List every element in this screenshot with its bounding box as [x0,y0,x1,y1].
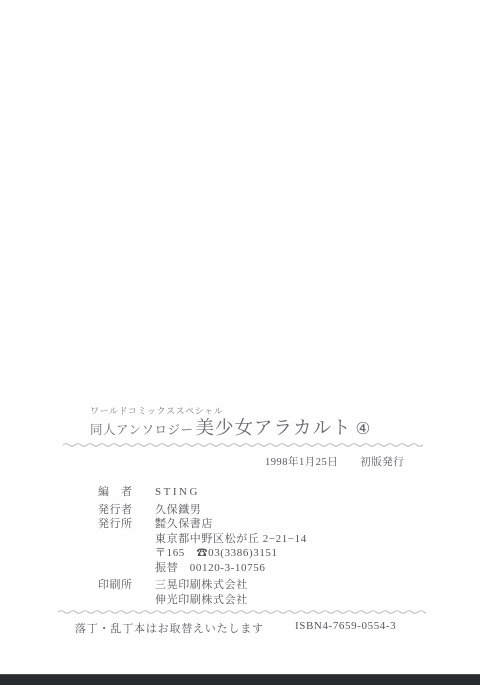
colophon-value: ㍿久保書店 [155,517,213,532]
wavy-divider-bottom [58,608,426,615]
scan-edge-bar [0,674,480,685]
colophon-page: { "book": { "series_label": "ワールドコミックススペ… [0,0,480,685]
book-title-main: 美少女アラカルト [196,414,352,440]
colophon-label: 発行所 [98,517,155,532]
colophon-row: 発行者 久保鐵男 [98,503,307,518]
volume-badge: ④ [356,419,371,439]
colophon-label [98,593,155,608]
wavy-divider-top [63,441,423,448]
colophon-value: 久保鐵男 [155,503,201,518]
edition-label: 初版発行 [360,454,404,469]
colophon-table: 編 者 STING 発行者 久保鐵男 発行所 ㍿久保書店 東京都中野区松が丘 2… [98,485,307,607]
colophon-label: 印刷所 [98,578,155,593]
book-title: 同人アンソロジー 美少女アラカルト ④ [90,414,370,440]
replacement-notice: 落丁・乱丁本はお取替えいたします [75,620,264,636]
colophon-value: STING [155,485,200,500]
colophon-row: 〒165 ☎03(3386)3151 [98,546,307,561]
colophon-row: 振替 00120-3-10756 [98,561,307,576]
colophon-row: 印刷所 三晃印刷株式会社 [98,578,307,593]
colophon-label [98,546,155,561]
colophon-row: 東京都中野区松が丘 2−21−14 [98,532,307,547]
publication-line: 1998年1月25日 初版発行 [265,454,404,469]
colophon-row: 伸光印刷株式会社 [98,593,307,608]
publication-date: 1998年1月25日 [265,454,338,469]
colophon-value: 振替 00120-3-10756 [155,561,265,576]
colophon-row: 編 者 STING [98,485,307,500]
colophon-label: 編 者 [98,485,155,500]
colophon-row: 発行所 ㍿久保書店 [98,517,307,532]
colophon-label [98,532,155,547]
colophon-label: 発行者 [98,503,155,518]
colophon-label [98,561,155,576]
book-title-prefix: 同人アンソロジー [90,420,194,438]
colophon-value: 東京都中野区松が丘 2−21−14 [155,532,307,547]
isbn-number: ISBN4-7659-0554-3 [295,620,396,632]
colophon-value: 〒165 ☎03(3386)3151 [155,546,278,561]
colophon-value: 三晃印刷株式会社 [155,578,248,593]
colophon-value: 伸光印刷株式会社 [155,593,248,608]
